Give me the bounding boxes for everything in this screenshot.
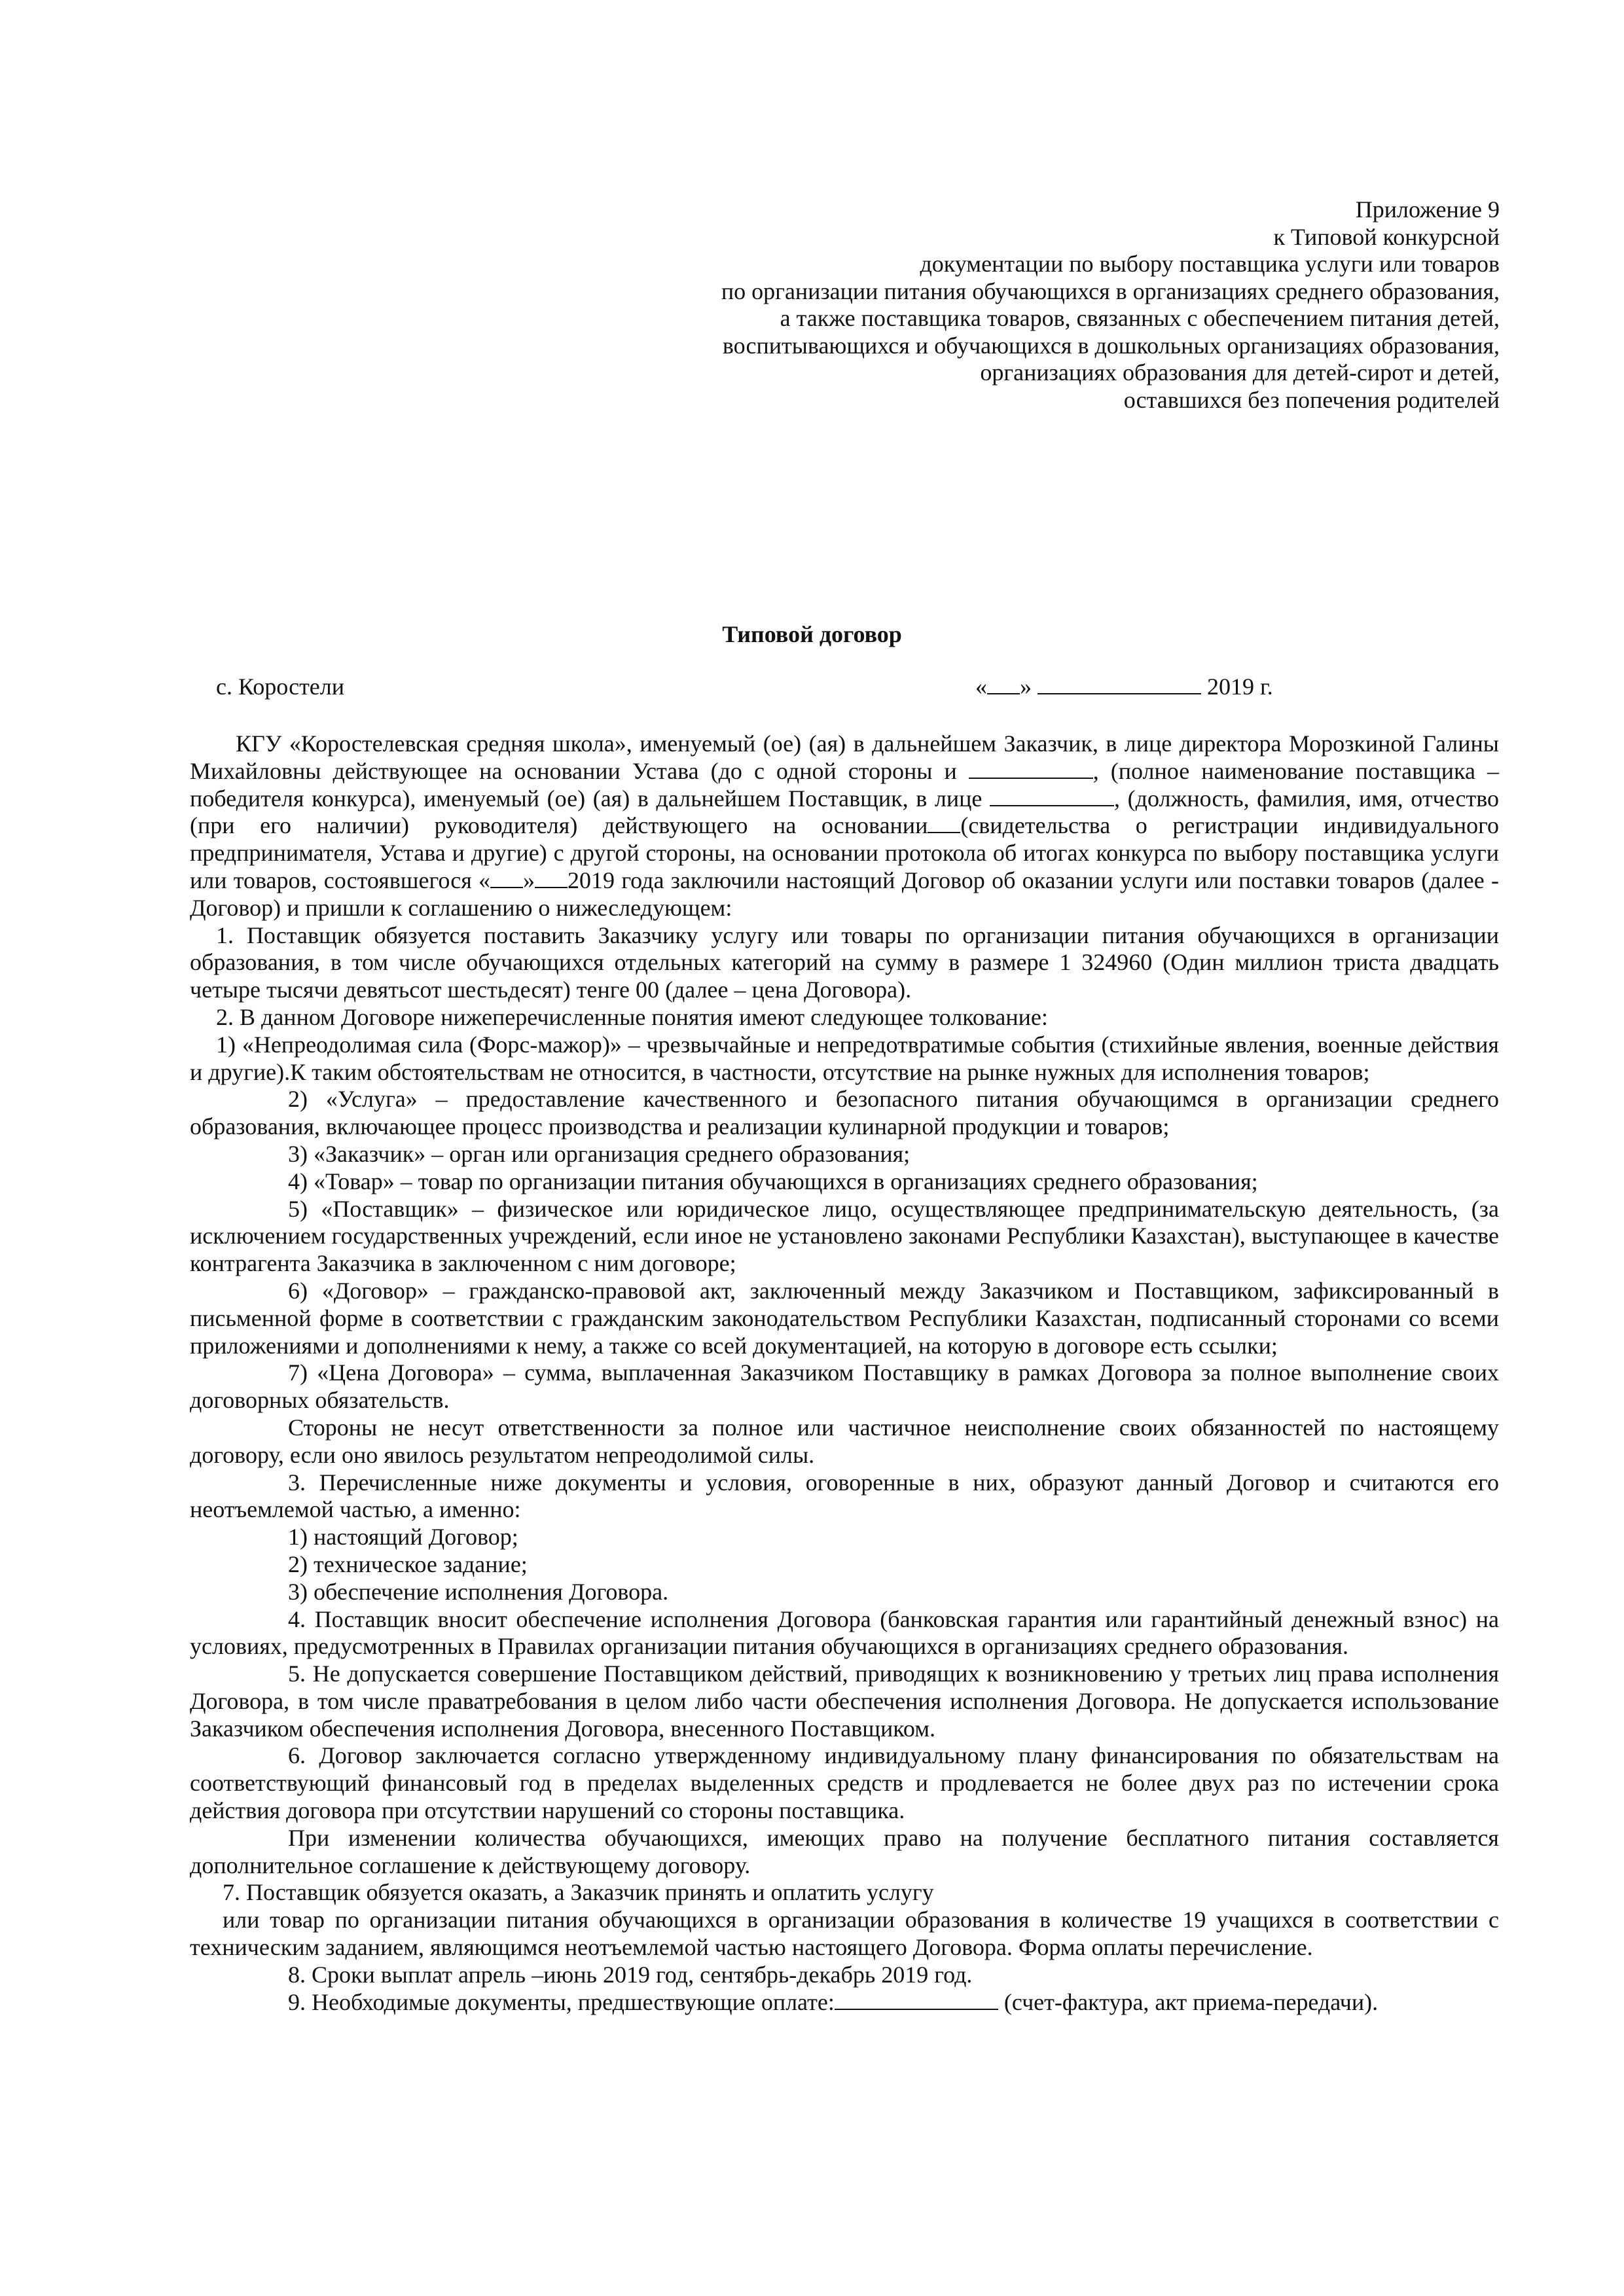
clause-9-text: 9. Необходимые документы, предшествующие… [288, 1989, 835, 2015]
month-blank [1038, 673, 1201, 694]
doc-list-item-2: 2) техническое задание; [190, 1551, 1499, 1579]
clause-9: 9. Необходимые документы, предшествующие… [190, 1989, 1499, 2017]
document-page: Приложение 9 к Типовой конкурсной докуме… [0, 0, 1624, 2296]
definition-1: 1) «Непреодолимая сила (Форс-мажор)» – ч… [190, 1031, 1499, 1086]
student-count-change-note: При изменении количества обучающихся, им… [190, 1825, 1499, 1880]
definition-4: 4) «Товар» – товар по организации питани… [190, 1168, 1499, 1196]
date-close-quote: » [1020, 673, 1032, 700]
definition-3: 3) «Заказчик» – орган или организация ср… [190, 1141, 1499, 1168]
appendix-line: Приложение 9 [721, 196, 1500, 224]
preamble: КГУ «Коростелевская средняя школа», имен… [190, 730, 1499, 922]
protocol-day-blank [490, 867, 523, 888]
day-blank [987, 673, 1020, 694]
clause-3: 3. Перечисленные ниже документы и услови… [190, 1469, 1499, 1524]
clause-7-line-2: или товар по организации питания обучающ… [190, 1907, 1499, 1962]
appendix-line: воспитывающихся и обучающихся в дошкольн… [721, 332, 1500, 360]
contract-body: КГУ «Коростелевская средняя школа», имен… [190, 730, 1499, 2016]
supplier-name-blank [969, 758, 1093, 779]
force-majeure-note: Стороны не несут ответственности за полн… [190, 1414, 1499, 1469]
clause-1: 1. Поставщик обязуется поставить Заказчи… [190, 922, 1499, 1004]
appendix-line: по организации питания обучающихся в орг… [721, 278, 1500, 306]
supplier-representative-blank [990, 785, 1114, 806]
clause-2: 2. В данном Договоре нижеперечисленные п… [190, 1004, 1499, 1031]
appendix-header: Приложение 9 к Типовой конкурсной докуме… [721, 196, 1500, 414]
preamble-text: » [523, 867, 535, 893]
clause-7-line-1: 7. Поставщик обязуется оказать, а Заказч… [190, 1879, 1499, 1907]
date-open-quote: « [975, 673, 987, 700]
appendix-line: к Типовой конкурсной [721, 224, 1500, 251]
clause-8: 8. Сроки выплат апрель –июнь 2019 год, с… [190, 1962, 1499, 1989]
appendix-line: а также поставщика товаров, связанных с … [721, 305, 1500, 332]
definition-2: 2) «Услуга» – предоставление качественно… [190, 1086, 1499, 1141]
definition-7: 7) «Цена Договора» – сумма, выплаченная … [190, 1359, 1499, 1414]
appendix-line: организациях образования для детей-сирот… [721, 359, 1500, 387]
clause-4: 4. Поставщик вносит обеспечение исполнен… [190, 1606, 1499, 1661]
clause-9-text: (счет-фактура, акт приема-передачи). [998, 1989, 1378, 2015]
place: с. Коростели [216, 673, 344, 700]
clause-5: 5. Не допускается совершение Поставщиком… [190, 1660, 1499, 1742]
basis-blank [928, 812, 960, 833]
contract-date: «» 2019 г. [975, 673, 1273, 700]
appendix-line: оставшихся без попечения родителей [721, 387, 1500, 414]
payment-docs-blank [835, 1989, 998, 2010]
document-title: Типовой договор [0, 620, 1624, 648]
protocol-month-blank [535, 867, 568, 888]
definition-5: 5) «Поставщик» – физическое или юридичес… [190, 1196, 1499, 1278]
doc-list-item-1: 1) настоящий Договор; [190, 1524, 1499, 1551]
doc-list-item-3: 3) обеспечение исполнения Договора. [190, 1579, 1499, 1606]
definition-6: 6) «Договор» – гражданско-правовой акт, … [190, 1278, 1499, 1359]
date-year: 2019 г. [1207, 673, 1273, 700]
clause-6: 6. Договор заключается согласно утвержде… [190, 1742, 1499, 1824]
appendix-line: документации по выбору поставщика услуги… [721, 251, 1500, 278]
